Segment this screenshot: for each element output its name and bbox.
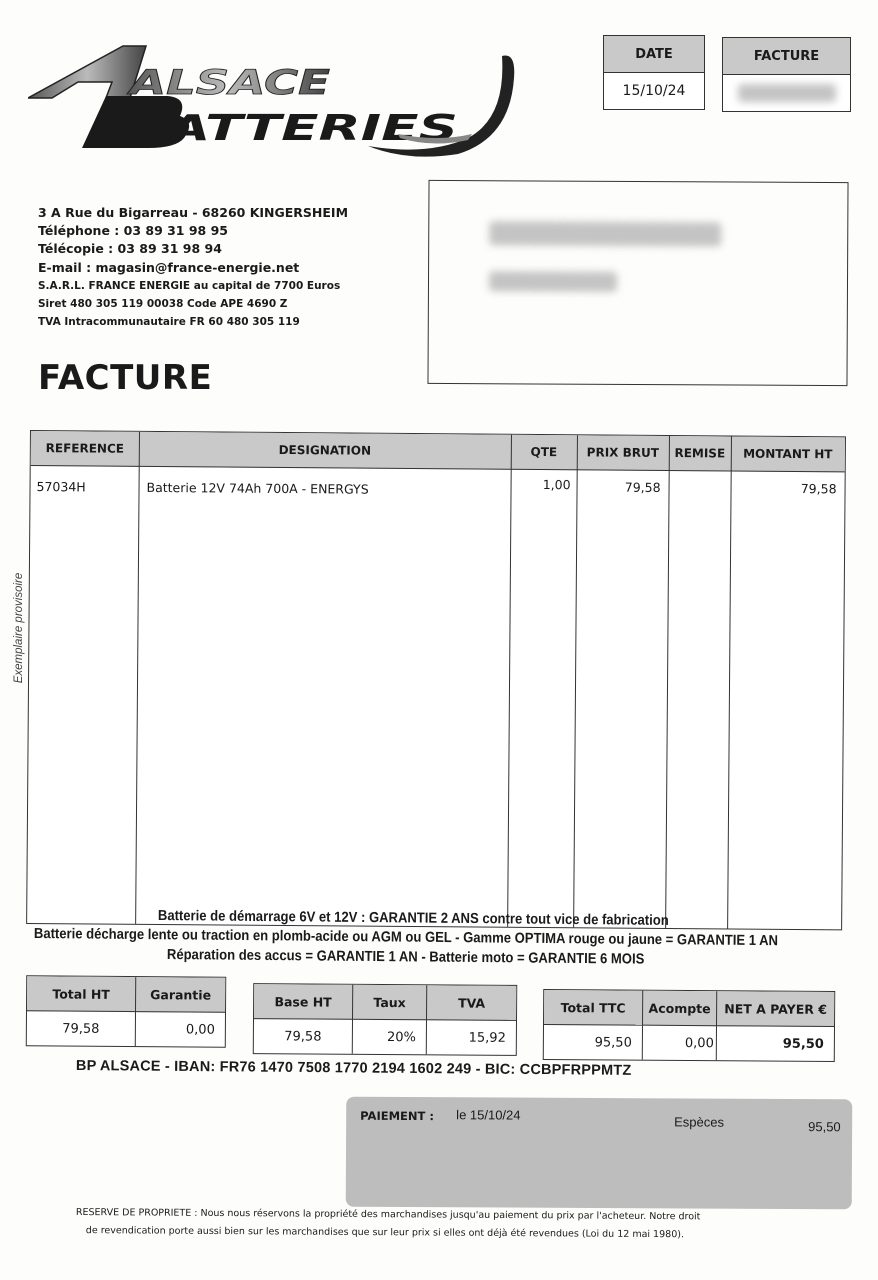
date-label: DATE: [604, 36, 704, 73]
company-logo: ALSACE ATTERIES: [28, 38, 518, 158]
total-ht-label: Total HT: [27, 976, 135, 1012]
taux-value: 20%: [352, 1020, 426, 1055]
header-remise: REMISE: [669, 436, 731, 470]
payment-method: Espèces: [674, 1114, 724, 1129]
redacted-client-address: [489, 271, 617, 292]
reserve-line-2: de revendication porte aussi bien sur le…: [76, 1222, 701, 1244]
row-montant-ht: 79,58: [731, 481, 837, 497]
net-to-pay-table: Total TTC Acompte NET A PAYER € 95,50 0,…: [543, 989, 835, 1062]
row-prix-brut: 79,58: [577, 479, 661, 495]
payment-box: PAIEMENT : le 15/10/24 Espèces 95,50: [346, 1097, 853, 1210]
redacted-client-name: [489, 221, 721, 246]
total-ttc-label: Total TTC: [544, 990, 642, 1026]
logo-line1: ALSACE: [126, 63, 330, 103]
invoice-number-value: [723, 75, 850, 111]
payment-amount: 95,50: [808, 1119, 841, 1134]
client-address-box: [427, 180, 848, 386]
redacted-invoice-number: [738, 84, 836, 102]
document-title: FACTURE: [38, 358, 212, 398]
row-reference: 57034H: [36, 479, 85, 494]
date-box: DATE 15/10/24: [603, 35, 705, 110]
company-address: 3 A Rue du Bigarreau - 68260 KINGERSHEIM: [38, 204, 348, 222]
header-prix-brut: PRIX BRUT: [577, 435, 669, 470]
tva-table: Base HT Taux TVA 79,58 20% 15,92: [253, 983, 517, 1056]
acompte-value: 0,00: [642, 1026, 716, 1061]
header-qte: QTE: [511, 435, 577, 470]
company-legal: S.A.R.L. FRANCE ENERGIE au capital de 77…: [38, 277, 348, 295]
base-ht-value: 79,58: [254, 1019, 352, 1054]
company-phone: Téléphone : 03 89 31 98 95: [38, 222, 348, 240]
row-qte: 1,00: [511, 477, 571, 492]
invoice-number-label: FACTURE: [723, 38, 850, 75]
payment-date: le 15/10/24: [456, 1107, 520, 1122]
taux-label: Taux: [352, 985, 426, 1021]
retention-of-title-clause: RESERVE DE PROPRIETE : Nous nous réservo…: [76, 1204, 701, 1244]
acompte-label: Acompte: [642, 991, 716, 1027]
date-value: 15/10/24: [604, 73, 704, 109]
net-a-payer-label: NET A PAYER €: [716, 991, 834, 1027]
header-montant-ht: MONTANT HT: [731, 437, 845, 472]
company-tva: TVA Intracommunautaire FR 60 480 305 119: [38, 313, 348, 331]
header-designation: DESIGNATION: [139, 432, 511, 469]
company-siret: Siret 480 305 119 00038 Code APE 4690 Z: [38, 295, 348, 313]
items-table: REFERENCE DESIGNATION QTE PRIX BRUT REMI…: [26, 430, 846, 930]
garantie-value: 0,00: [135, 1012, 225, 1047]
company-email: E-mail : magasin@france-energie.net: [38, 259, 348, 277]
warranty-line-3: Réparation des accus = GARANTIE 1 AN - B…: [167, 947, 645, 968]
bank-details: BP ALSACE - IBAN: FR76 1470 7508 1770 21…: [76, 1058, 632, 1079]
tva-value: 15,92: [426, 1020, 516, 1055]
svg-text:ATTERIES: ATTERIES: [163, 108, 458, 149]
row-designation: Batterie 12V 74Ah 700A - ENERGYS: [146, 480, 368, 497]
net-a-payer-value: 95,50: [716, 1026, 834, 1061]
payment-label: PAIEMENT :: [360, 1109, 434, 1123]
garantie-label: Garantie: [135, 977, 225, 1013]
total-ht-table: Total HT Garantie 79,58 0,00: [26, 975, 226, 1047]
warranty-line-2: Batterie décharge lente ou traction en p…: [34, 926, 778, 949]
total-ttc-value: 95,50: [544, 1025, 642, 1060]
invoice-number-box: FACTURE: [722, 37, 851, 112]
company-info: 3 A Rue du Bigarreau - 68260 KINGERSHEIM…: [38, 204, 348, 331]
header-reference: REFERENCE: [31, 431, 139, 466]
total-ht-value: 79,58: [27, 1011, 135, 1046]
base-ht-label: Base HT: [254, 984, 352, 1020]
draft-copy-note: Exemplaire provisoire: [13, 563, 25, 693]
tva-label: TVA: [426, 985, 516, 1021]
company-fax: Télécopie : 03 89 31 98 94: [38, 240, 348, 258]
